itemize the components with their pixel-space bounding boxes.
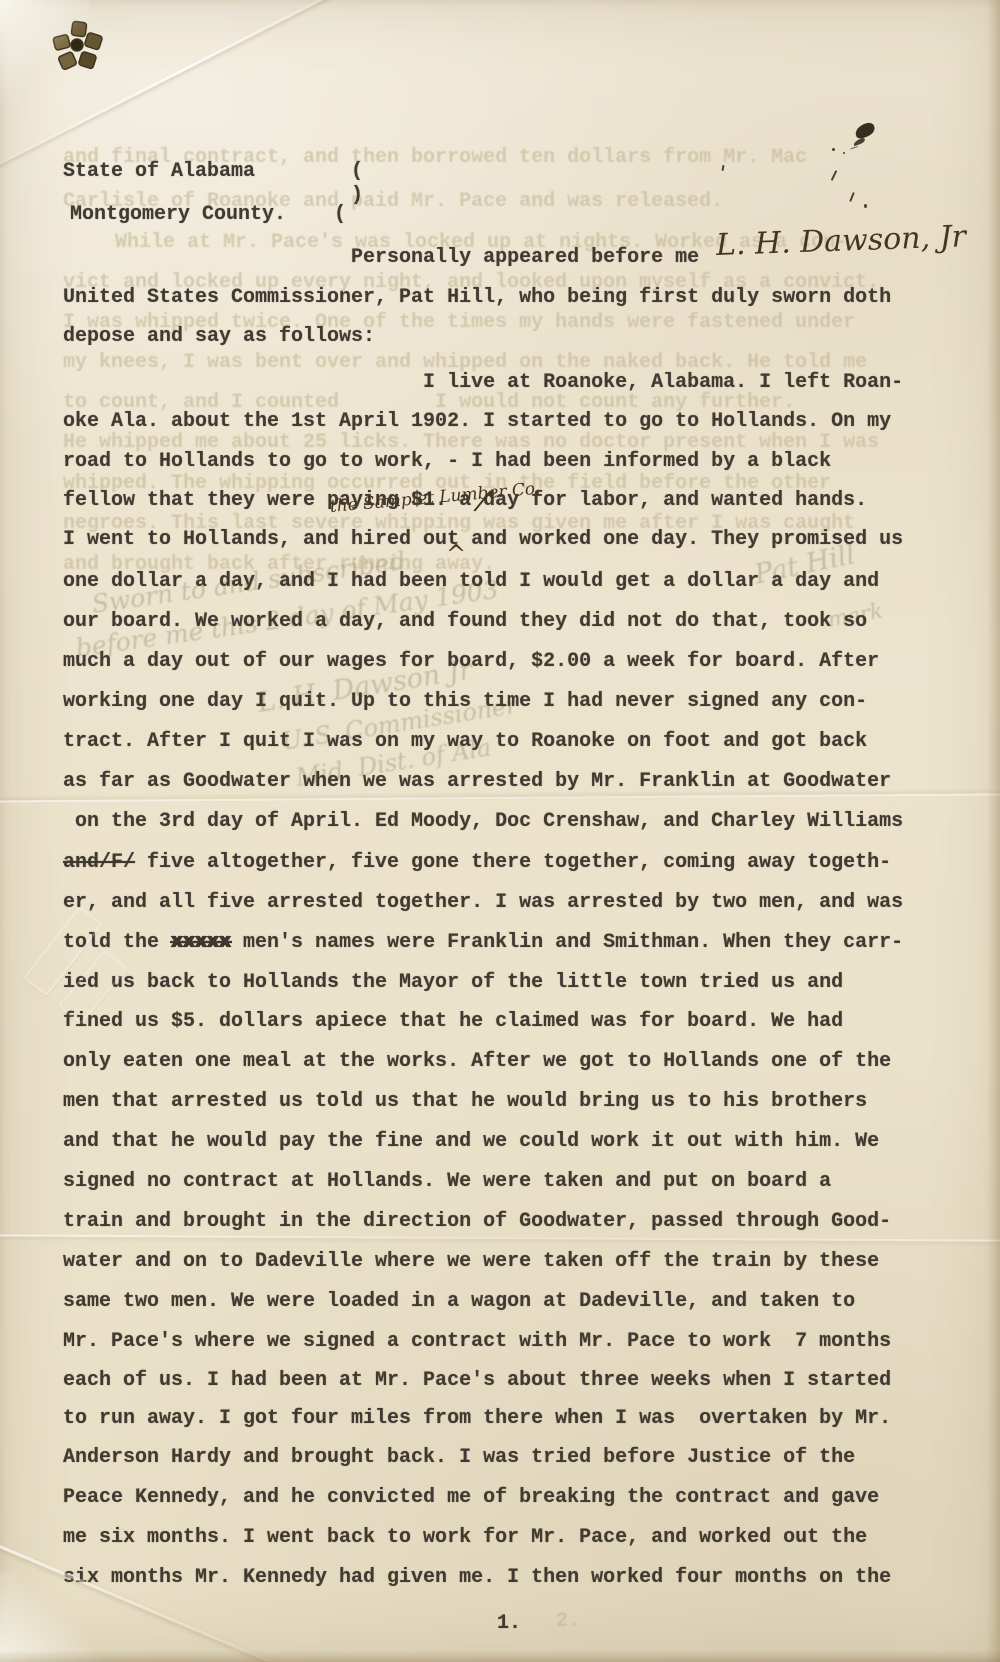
ink-speck	[832, 148, 835, 151]
ink-handwriting: ^	[446, 540, 466, 568]
deposition-page: and final contract, and then borrowed te…	[0, 0, 1000, 1662]
ink-handwriting: L. H. Dawson, Jr	[715, 219, 966, 263]
ink-handwriting-layer: L. H. Dawson, Jrthe Samplet Lumber Co./^	[0, 0, 1000, 1662]
ink-speck	[864, 204, 867, 208]
ink-handwriting: the Samplet Lumber Co.	[329, 479, 541, 517]
brass-fastener-icon	[50, 20, 106, 80]
ink-speck	[843, 152, 845, 154]
